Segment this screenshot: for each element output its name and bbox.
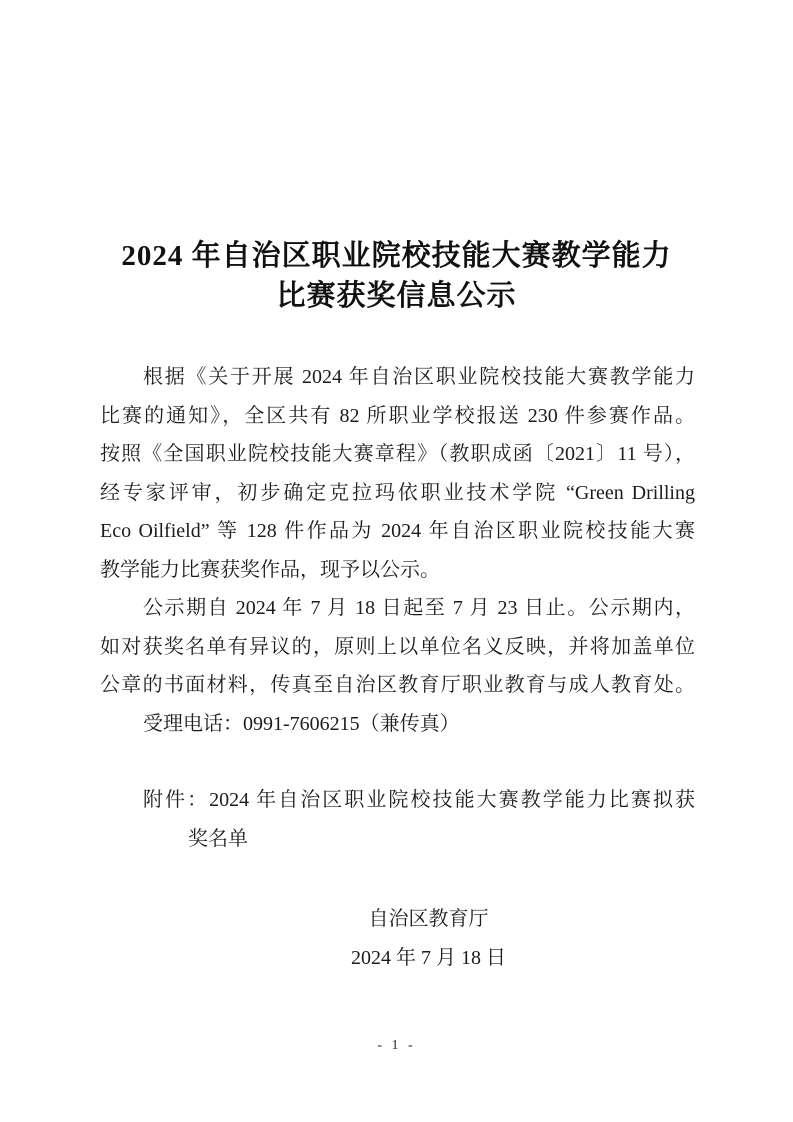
document-title: 2024 年自治区职业院校技能大赛教学能力 比赛获奖信息公示 (0, 0, 793, 316)
attachment-line: 附件：2024 年自治区职业院校技能大赛教学能力比赛拟获 (100, 781, 695, 820)
document-body: 根据《关于开展 2024 年自治区职业院校技能大赛教学能力 比赛的通知》，全区共… (100, 358, 695, 977)
signature-block: 自治区教育厅 2024 年 7 月 18 日 (100, 900, 695, 977)
attachment-block: 附件：2024 年自治区职业院校技能大赛教学能力比赛拟获 奖名单 (100, 781, 695, 858)
body-line: 根据《关于开展 2024 年自治区职业院校技能大赛教学能力 (100, 358, 695, 397)
document-page: 2024 年自治区职业院校技能大赛教学能力 比赛获奖信息公示 根据《关于开展 2… (0, 0, 793, 1122)
title-line-1: 2024 年自治区职业院校技能大赛教学能力 (0, 236, 793, 276)
attachment-line: 奖名单 (100, 820, 695, 859)
body-line: 比赛的通知》，全区共有 82 所职业学校报送 230 件参赛作品。 (100, 397, 695, 436)
body-line: 按照《全国职业院校技能大赛章程》（教职成函〔2021〕11 号）， (100, 435, 695, 474)
page-number: - 1 - (0, 1038, 793, 1054)
contact-phone-line: 受理电话：0991-7606215（兼传真） (100, 705, 695, 744)
title-line-2: 比赛获奖信息公示 (0, 276, 793, 316)
body-line: 如对获奖名单有异议的，原则上以单位名义反映，并将加盖单位 (100, 628, 695, 667)
issue-date: 2024 年 7 月 18 日 (162, 939, 695, 978)
body-line: 公示期自 2024 年 7 月 18 日起至 7 月 23 日止。公示期内， (100, 589, 695, 628)
body-line: 教学能力比赛获奖作品，现予以公示。 (100, 551, 695, 590)
issuing-authority: 自治区教育厅 (162, 900, 695, 939)
body-line: 经专家评审，初步确定克拉玛依职业技术学院 “Green Drilling (100, 474, 695, 513)
body-line: Eco Oilfield” 等 128 件作品为 2024 年自治区职业院校技能… (100, 512, 695, 551)
body-line: 公章的书面材料，传真至自治区教育厅职业教育与成人教育处。 (100, 666, 695, 705)
